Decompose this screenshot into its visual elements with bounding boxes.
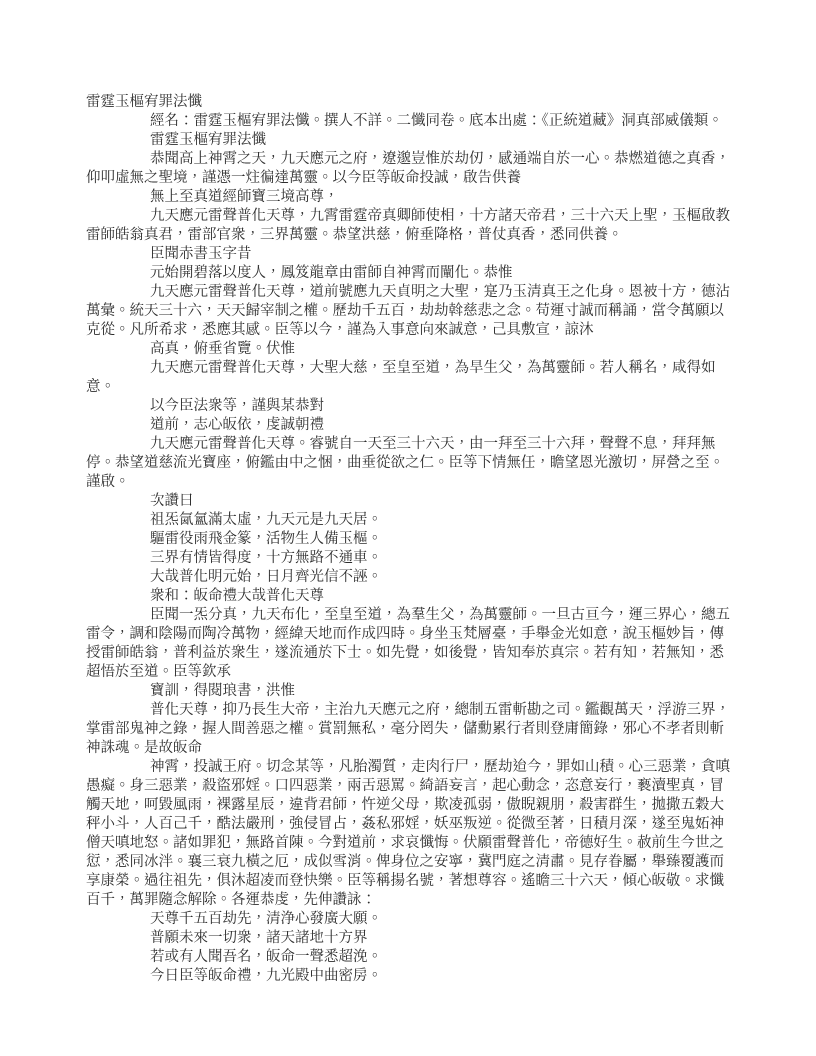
paragraph: 元始開碧落以度人，鳳笈龍章由雷師自神霄而闡化。恭惟	[86, 264, 734, 283]
paragraph: 九天應元雷聲普化天尊，道前號應九天貞明之大聖，寔乃玉清真王之化身。恩被十方，德沾…	[86, 283, 734, 340]
paragraph: 雷霆玉樞宥罪法懺	[86, 131, 734, 150]
paragraph: 神霄，投誠王府。切念某等，凡胎濁質，走肉行尸，歷劫迨今，罪如山積。心三惡業，貪嗔…	[86, 758, 734, 910]
paragraph: 九天應元雷聲普化天尊，九霄雷霆帝真卿師使相，十方諸天帝君，三十六天上聖，玉樞啟教…	[86, 207, 734, 245]
paragraph: 恭聞高上神霄之天，九天應元之府，遼邈豈惟於劫仞，感通端自於一心。恭燃道德之真香，…	[86, 150, 734, 188]
verse-line: 天尊千五百劫先，清浄心發廣大願。	[86, 910, 734, 929]
document-page: 雷霆玉樞宥罪法懺 經名：雷霆玉樞宥罪法懺。撰人不詳。二懺同卷。底本出處：《正統道…	[0, 0, 816, 1056]
verse-line: 若或有人聞吾名，皈命一聲悉超浼。	[86, 948, 734, 967]
verse-line: 普願未來一切衆，諸天諸地十方界	[86, 929, 734, 948]
document-text: 雷霆玉樞宥罪法懺 經名：雷霆玉樞宥罪法懺。撰人不詳。二懺同卷。底本出處：《正統道…	[86, 93, 734, 986]
paragraph: 高真，俯垂省覽。伏惟	[86, 340, 734, 359]
verse-line: 大哉普化明元始，日月齊光信不誣。	[86, 568, 734, 587]
verse-line: 驅雷役雨飛金篆，活物生人備玉樞。	[86, 530, 734, 549]
paragraph: 衆和：皈命禮大哉普化天尊	[86, 587, 734, 606]
paragraph: 經名：雷霆玉樞宥罪法懺。撰人不詳。二懺同卷。底本出處：《正統道藏》洞真部威儀類。	[86, 112, 734, 131]
paragraph: 臣聞赤書玉字昔	[86, 245, 734, 264]
verse-line: 今日臣等皈命禮，九光殿中曲密房。	[86, 967, 734, 986]
paragraph: 次讚曰	[86, 492, 734, 511]
paragraph: 九天應元雷聲普化天尊，大聖大慈，至皇至道，為旱生父，為萬靈師。若人稱名，咸得如意…	[86, 359, 734, 397]
paragraph: 普化天尊，抑乃長生大帝，主治九天應元之府，總制五雷斬勘之司。鑑觀萬天，浮游三界，…	[86, 701, 734, 758]
paragraph: 無上至真道經師寶三境高尊，	[86, 188, 734, 207]
paragraph: 九天應元雷聲普化天尊。睿號自一天至三十六天，由一拜至三十六拜，聲聲不息，拜拜無停…	[86, 435, 734, 492]
document-title-line: 雷霆玉樞宥罪法懺	[86, 93, 734, 112]
paragraph: 以今臣法衆等，謹與某恭對	[86, 397, 734, 416]
paragraph: 寶訓，得閱琅書，洪惟	[86, 682, 734, 701]
paragraph: 臣聞一炁分真，九天布化，至皇至道，為羣生父，為萬靈師。一旦古亘今，運三界心，總五…	[86, 606, 734, 682]
verse-line: 祖炁氤氳滿太虛，九天元是九天居。	[86, 511, 734, 530]
verse-line: 三界有情皆得度，十方無路不通車。	[86, 549, 734, 568]
paragraph: 道前，志心皈依，虔誠朝禮	[86, 416, 734, 435]
